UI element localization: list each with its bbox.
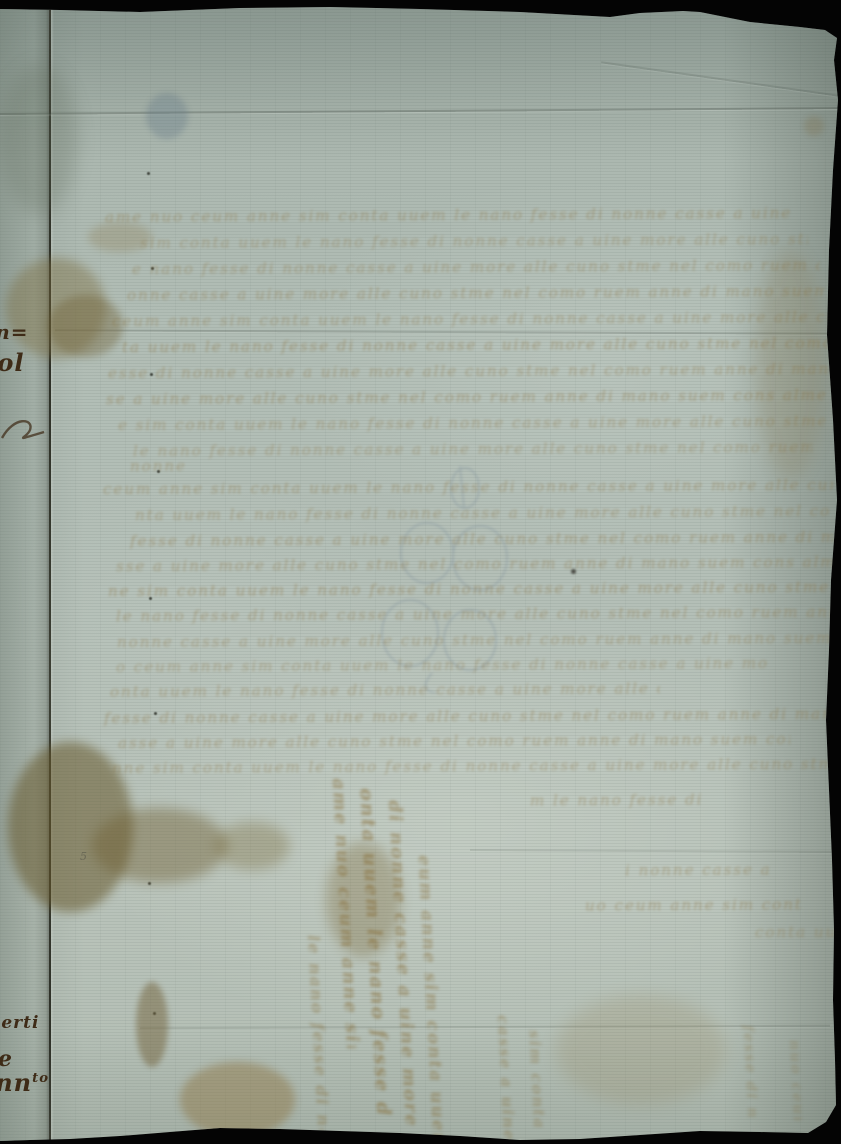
stain xyxy=(136,982,168,1067)
bleedthrough-line: ame nuo ceum anne sim conta uuem le nano… xyxy=(105,203,795,227)
ink-speck xyxy=(154,712,157,715)
stain xyxy=(215,822,290,870)
stain xyxy=(326,842,401,957)
bleedthrough-line: m le nano fesse di no xyxy=(530,789,705,810)
manuscript-photo: ame nuo ceum anne sim conta uuem le nano… xyxy=(0,0,841,1144)
folded-page-edge xyxy=(0,0,49,1144)
ink-speck xyxy=(147,172,150,175)
paper-watermark xyxy=(372,458,522,693)
bleedthrough-line: conta uue xyxy=(755,922,835,942)
fold-crease xyxy=(49,0,51,1144)
bleedthrough-line: asse a uine more alle cuno stme nel como… xyxy=(118,729,790,753)
ink-speck xyxy=(149,597,152,600)
bleedthrough-line: ceum anne sim conta uuem le nano fesse d… xyxy=(112,307,832,331)
bleedthrough-line: ta uuem le nano fesse di nonne casse a u… xyxy=(122,333,833,357)
bleedthrough-vertical-line: onta uuem le nano fesse di nonne cass xyxy=(355,788,394,1119)
pencil-mark: 5 xyxy=(80,850,88,863)
bleedthrough-line: e nano fesse di nonne casse a uine more … xyxy=(132,255,820,279)
ink-speck xyxy=(150,373,153,376)
stain xyxy=(804,116,824,136)
stain xyxy=(88,222,152,252)
bleedthrough-vertical-line: di nonne casse a uine more alle cuno xyxy=(384,800,423,1144)
crease-line xyxy=(55,329,841,334)
bleedthrough-line: nne sim conta uuem le nano fesse di nonn… xyxy=(112,754,835,778)
bleedthrough-line: esse di nonne casse a uine more alle cun… xyxy=(108,359,833,383)
bleedthrough-line: nonne c xyxy=(130,456,190,476)
ink-speck xyxy=(153,1012,156,1015)
bleedthrough-line: uo ceum anne sim conta uu xyxy=(585,894,800,915)
stain xyxy=(571,569,576,574)
crease-line xyxy=(0,107,841,115)
ink-speck xyxy=(157,470,160,473)
stain xyxy=(556,995,726,1105)
bleedthrough-vertical-line: sim conta uu xyxy=(525,1030,549,1139)
stain xyxy=(180,1062,295,1137)
crease-line xyxy=(601,61,839,96)
margin-flourish-stroke xyxy=(0,408,48,448)
bleedthrough-vertical-line: eum anne sim conta uuem le nano xyxy=(414,855,449,1141)
bleedthrough-vertical-line: casse a uine xyxy=(494,1015,519,1141)
bleedthrough-line: i nonne casse a ui xyxy=(625,860,775,881)
paper-sheet: ame nuo ceum anne sim conta uuem le nano… xyxy=(0,0,841,1144)
bleedthrough-vertical-line: ame nuo ceum anne sim conta uu xyxy=(328,778,363,1049)
stain xyxy=(92,808,227,883)
bleedthrough-vertical-line: nuo ceum xyxy=(786,1040,806,1121)
bleedthrough-line: fesse di nonne casse a uine more alle cu… xyxy=(104,704,835,728)
crease-line xyxy=(140,1025,830,1029)
bleedthrough-line: sim conta uuem le nano fesse di nonne ca… xyxy=(140,229,808,253)
bleedthrough-line: onne casse a uine more alle cuno stme ne… xyxy=(127,281,825,305)
bleedthrough-line: e sim conta uuem le nano fesse di nonne … xyxy=(118,411,825,435)
bleedthrough-vertical-line: le nano fesse di nonn xyxy=(304,935,333,1131)
stain xyxy=(756,250,826,480)
stain xyxy=(48,295,123,357)
ink-speck xyxy=(151,267,154,270)
bleedthrough-line: se a uine more alle cuno stme nel como r… xyxy=(106,385,833,409)
crease-line xyxy=(470,849,840,853)
grey-smudge-mark xyxy=(146,93,188,139)
bleedthrough-vertical-line: fesse di no xyxy=(740,1025,761,1121)
ink-speck xyxy=(148,882,151,885)
